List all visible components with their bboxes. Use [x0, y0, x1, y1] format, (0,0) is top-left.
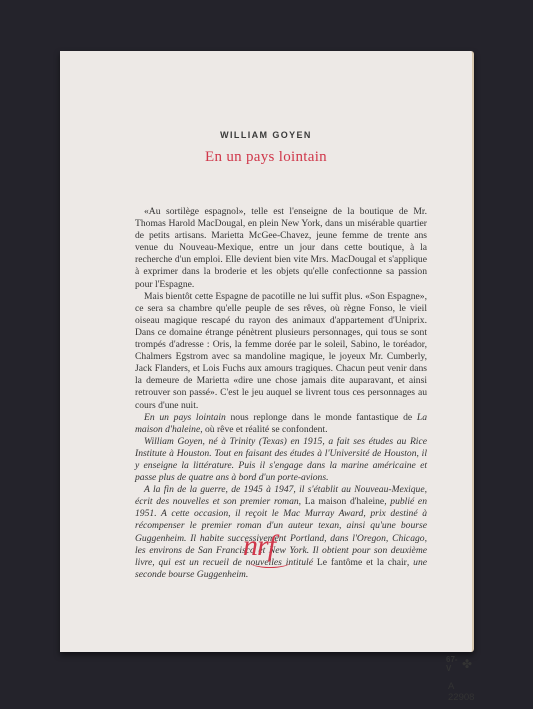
blurb-text: «Au sortilège espagnol», telle est l'ens…	[135, 206, 427, 581]
roman-text: «Au sortilège espagnol», telle est l'ens…	[135, 206, 427, 290]
blurb-paragraph: «Au sortilège espagnol», telle est l'ens…	[135, 206, 427, 291]
publisher-emblem-icon: ✤	[462, 657, 472, 671]
italic-text: William Goyen, né à Trinity (Texas) en 1…	[135, 436, 427, 483]
blurb-paragraph: Mais bientôt cette Espagne de pacotille …	[135, 291, 427, 412]
blurb-paragraph: En un pays lointain nous replonge dans l…	[135, 412, 427, 436]
roman-text: nous replonge dans le monde fantastique …	[226, 412, 417, 423]
book-title: En un pays lointain	[60, 149, 472, 166]
author-name: WILLIAM GOYEN	[60, 130, 472, 140]
roman-text: Le fantôme et la chair	[317, 557, 407, 568]
roman-text: La maison d'haleine	[305, 496, 384, 507]
edition-code: 67-V	[446, 655, 458, 673]
catalog-number: A 22908	[448, 681, 474, 703]
book-back-cover: WILLIAM GOYEN En un pays lointain «Au so…	[60, 51, 474, 652]
blurb-paragraph: William Goyen, né à Trinity (Texas) en 1…	[135, 436, 427, 484]
nrf-logo-swash	[250, 557, 290, 568]
roman-text: Mais bientôt cette Espagne de pacotille …	[135, 291, 427, 411]
edition-code-row: 67-V ✤	[446, 655, 472, 673]
roman-text: , où rêve et réalité se confondent.	[200, 424, 327, 435]
italic-text: En un pays lointain	[144, 412, 226, 423]
